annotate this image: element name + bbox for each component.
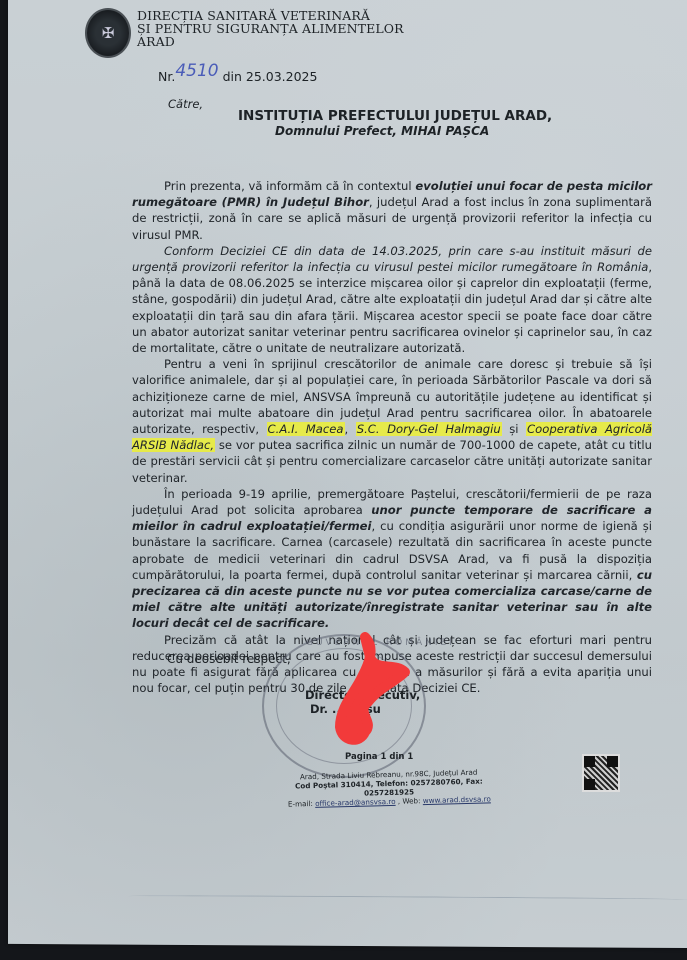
highlight-dory-gel: S.C. Dory-Gel Halmagiu	[356, 422, 502, 436]
letter-body: Prin prezenta, vă informăm că în context…	[132, 178, 652, 697]
qr-code-icon	[582, 754, 620, 792]
registration-date: din 25.03.2025	[223, 69, 318, 84]
closing: Cu deosebit respect,	[167, 652, 291, 666]
paragraph-4: În perioada 9-19 aprilie, premergătoare …	[132, 486, 652, 632]
paragraph-3: Pentru a veni în sprijinul crescătorilor…	[132, 356, 652, 486]
letterhead-line-2: ȘI PENTRU SIGURANȚA ALIMENTELOR	[137, 22, 404, 35]
highlight-cai-macea: C.A.I. Macea	[267, 422, 345, 436]
footer-address: Arad, Strada Liviu Rebreanu, nr.98C, Jud…	[284, 767, 495, 808]
recipient-institution: INSTITUȚIA PREFECTULUI JUDEȚUL ARAD,	[238, 108, 552, 124]
recipient-addressee: Domnului Prefect, MIHAI PAȘCA	[275, 124, 489, 138]
page-indicator: Pagina 1 din 1	[345, 752, 413, 762]
romania-crest-icon: ✠	[85, 8, 131, 58]
paragraph-2: Conform Deciziei CE din data de 14.03.20…	[132, 243, 652, 356]
handwritten-number: 4510	[175, 61, 218, 81]
nr-label: Nr.	[158, 69, 175, 84]
web-link[interactable]: www.arad.dsvsa.ro	[423, 794, 491, 805]
paper-fold	[128, 895, 687, 901]
red-redaction-scribble	[320, 632, 420, 762]
paragraph-1: Prin prezenta, vă informăm că în context…	[132, 178, 652, 243]
registration-number: Nr.4510 din 25.03.2025	[158, 66, 317, 86]
letterhead-line-3: ARAD	[137, 35, 404, 48]
catre-label: Către,	[168, 97, 203, 111]
letterhead: DIRECȚIA SANITARĂ VETERINARĂ ȘI PENTRU S…	[137, 9, 404, 48]
